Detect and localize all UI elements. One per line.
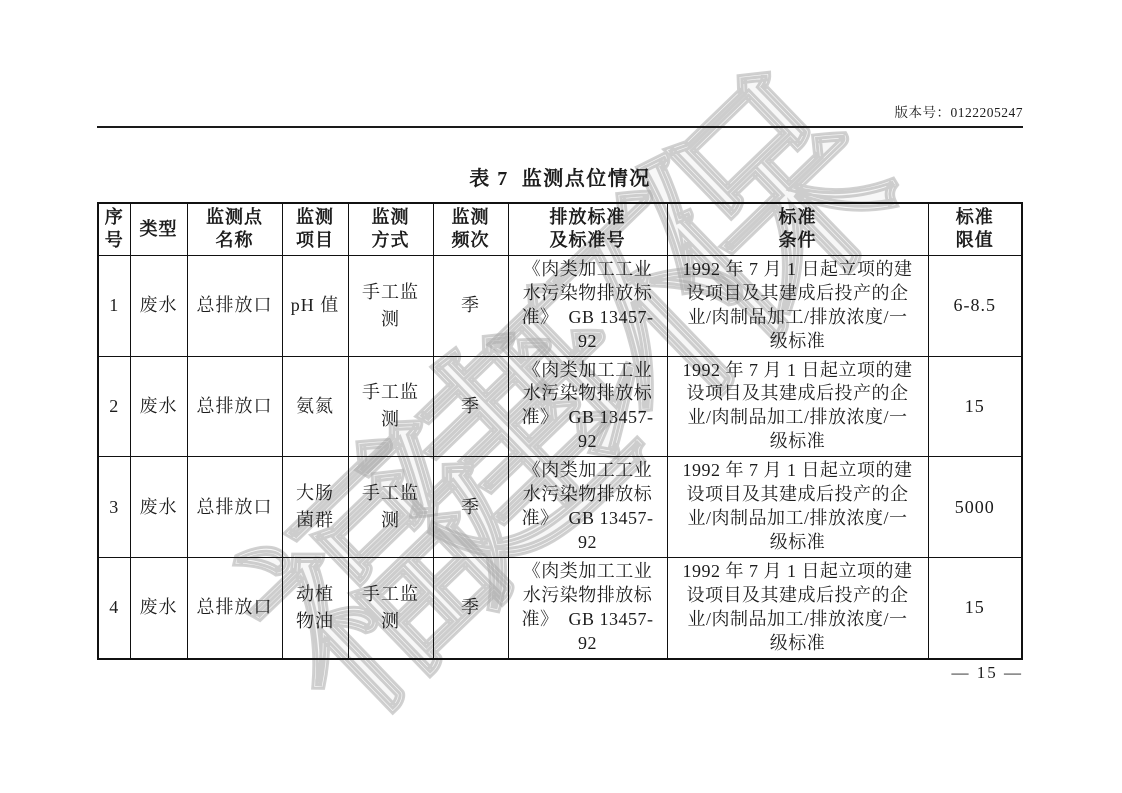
table-row: 1 废水 总排放口 pH 值 手工监 测 季 《肉类加工工业 水污染物排放标 准… [98, 255, 1022, 356]
col-header-point-name: 监测点 名称 [187, 203, 282, 255]
cell-type: 废水 [130, 255, 187, 356]
table-row: 4 废水 总排放口 动植 物油 手工监 测 季 《肉类加工工业 水污染物排放标 … [98, 558, 1022, 659]
cell-point-name: 总排放口 [187, 255, 282, 356]
cell-seq: 3 [98, 457, 130, 558]
col-header-method: 监测 方式 [348, 203, 433, 255]
table-row: 3 废水 总排放口 大肠 菌群 手工监 测 季 《肉类加工工业 水污染物排放标 … [98, 457, 1022, 558]
col-header-limit: 标准 限值 [928, 203, 1022, 255]
cell-seq: 2 [98, 356, 130, 457]
cell-condition: 1992 年 7 月 1 日起立项的建 设项目及其建成后投产的企 业/肉制品加工… [667, 558, 928, 659]
cell-method: 手工监 测 [348, 558, 433, 659]
cell-point-name: 总排放口 [187, 356, 282, 457]
cell-limit: 15 [928, 356, 1022, 457]
cell-item: 大肠 菌群 [282, 457, 348, 558]
cell-type: 废水 [130, 558, 187, 659]
cell-item: 动植 物油 [282, 558, 348, 659]
table-row: 2 废水 总排放口 氨氮 手工监 测 季 《肉类加工工业 水污染物排放标 准》 … [98, 356, 1022, 457]
cell-method: 手工监 测 [348, 356, 433, 457]
cell-frequency: 季 [433, 356, 508, 457]
cell-standard: 《肉类加工工业 水污染物排放标 准》 GB 13457- 92 [508, 558, 667, 659]
col-header-seq: 序 号 [98, 203, 130, 255]
col-header-type: 类型 [130, 203, 187, 255]
cell-seq: 4 [98, 558, 130, 659]
cell-type: 废水 [130, 457, 187, 558]
cell-method: 手工监 测 [348, 457, 433, 558]
cell-item: pH 值 [282, 255, 348, 356]
cell-item: 氨氮 [282, 356, 348, 457]
cell-condition: 1992 年 7 月 1 日起立项的建 设项目及其建成后投产的企 业/肉制品加工… [667, 255, 928, 356]
cell-method: 手工监 测 [348, 255, 433, 356]
page-number: — 15 — [97, 663, 1023, 683]
cell-type: 废水 [130, 356, 187, 457]
cell-frequency: 季 [433, 558, 508, 659]
col-header-condition: 标准 条件 [667, 203, 928, 255]
cell-standard: 《肉类加工工业 水污染物排放标 准》 GB 13457- 92 [508, 356, 667, 457]
cell-frequency: 季 [433, 255, 508, 356]
cell-limit: 15 [928, 558, 1022, 659]
cell-standard: 《肉类加工工业 水污染物排放标 准》 GB 13457- 92 [508, 457, 667, 558]
version-label: 版本号：0122205247 [97, 101, 1023, 128]
cell-limit: 5000 [928, 457, 1022, 558]
header-row: 序 号 类型 监测点 名称 监测 项目 监测 方式 监测 频次 排放标准 及标准… [98, 203, 1022, 255]
cell-seq: 1 [98, 255, 130, 356]
cell-point-name: 总排放口 [187, 558, 282, 659]
cell-condition: 1992 年 7 月 1 日起立项的建 设项目及其建成后投产的企 业/肉制品加工… [667, 356, 928, 457]
cell-frequency: 季 [433, 457, 508, 558]
page-title: 表 7 监测点位情况 [97, 162, 1023, 191]
col-header-item: 监测 项目 [282, 203, 348, 255]
cell-limit: 6-8.5 [928, 255, 1022, 356]
cell-condition: 1992 年 7 月 1 日起立项的建 设项目及其建成后投产的企 业/肉制品加工… [667, 457, 928, 558]
cell-standard: 《肉类加工工业 水污染物排放标 准》 GB 13457- 92 [508, 255, 667, 356]
cell-point-name: 总排放口 [187, 457, 282, 558]
col-header-frequency: 监测 频次 [433, 203, 508, 255]
monitoring-points-table: 序 号 类型 监测点 名称 监测 项目 监测 方式 监测 频次 排放标准 及标准… [97, 202, 1023, 660]
col-header-standard: 排放标准 及标准号 [508, 203, 667, 255]
